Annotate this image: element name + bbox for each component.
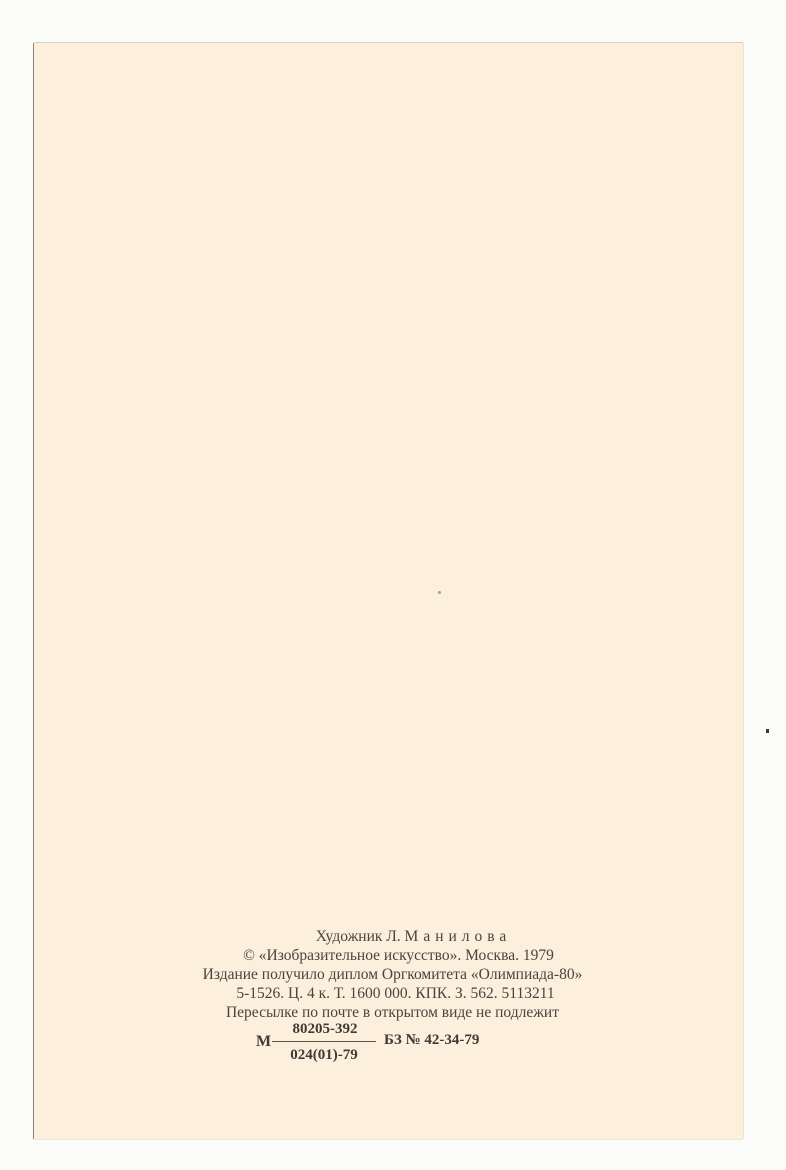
ink-speck [438, 591, 441, 594]
artist-label: Художник Л. [316, 928, 405, 945]
publisher-imprint: Художник Л. Манилова © «Изобразительное … [34, 927, 743, 1022]
bz-number: БЗ № 42-34-79 [384, 1032, 479, 1049]
scanner-dust-speck [766, 729, 769, 733]
postal-notice-line: Пересылке по почте в открытом виде не по… [34, 1003, 743, 1022]
olympiad-diploma-line: Издание получило диплом Оргкомитета «Оли… [34, 965, 743, 984]
index-numerator: 80205-392 [272, 1019, 376, 1039]
index-denominator: 024(01)-79 [272, 1045, 376, 1065]
print-run-line: 5-1526. Ц. 4 к. Т. 1600 000. КПК. З. 562… [34, 984, 743, 1003]
postcard-back: Художник Л. Манилова © «Изобразительное … [34, 43, 743, 1139]
index-fraction: 80205-392 024(01)-79 [272, 1019, 376, 1065]
fraction-bar [272, 1041, 376, 1042]
copyright-line: © «Изобразительное искусство». Москва. 1… [34, 946, 743, 965]
artist-credit-line: Художник Л. Манилова [34, 927, 743, 946]
index-letter: М [256, 1033, 271, 1051]
artist-name: Манилова [405, 928, 512, 945]
